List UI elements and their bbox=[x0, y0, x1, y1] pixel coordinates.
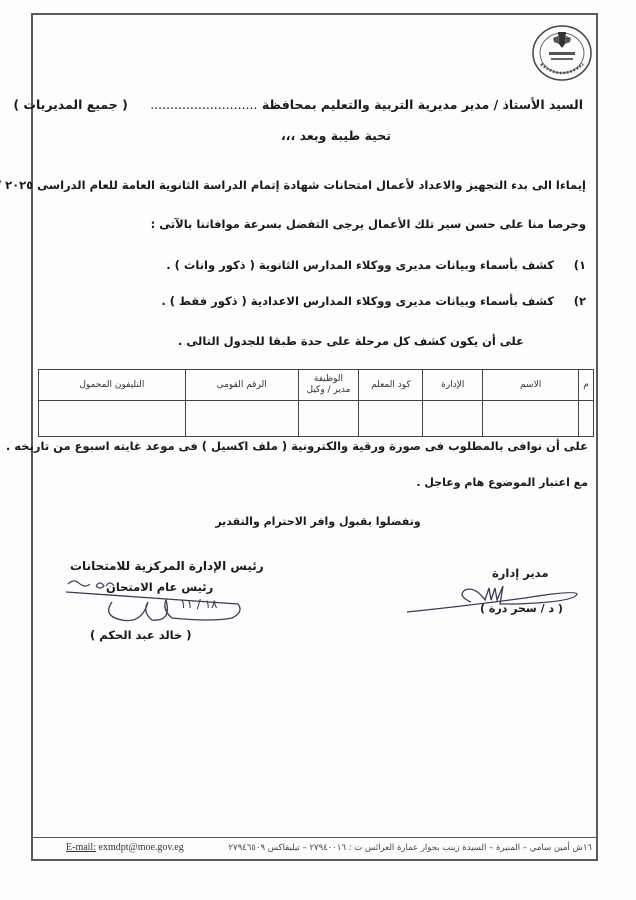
email-address[interactable]: exmdpt@moe.gov.eg bbox=[99, 842, 184, 853]
cell-national-id bbox=[185, 401, 298, 437]
paragraph-deadline: على أن نوافى بالمطلوب فى صورة ورقية والك… bbox=[6, 439, 588, 453]
right-signatory-title: مدير إدارة bbox=[492, 566, 548, 580]
table-row bbox=[39, 401, 594, 437]
addressee-title: السيد الأستاذ / مدير مديرية التربية والت… bbox=[262, 97, 583, 112]
left-signature-icon: ١٨ / ١١ bbox=[62, 572, 252, 632]
table-header-row: م الاسم الإدارة كود المعلم الوظيفة مدير … bbox=[39, 370, 594, 401]
right-signatory-name: ( د / سحر درة ) bbox=[480, 602, 563, 615]
svg-text:١٨ / ١١: ١٨ / ١١ bbox=[180, 597, 218, 611]
cell-teacher-code bbox=[359, 401, 423, 437]
paragraph-intro: إيماءا الى بدء التجهيز والاعداد لأعمال ا… bbox=[0, 178, 586, 192]
closing-line: وتفضلوا بقبول وافر الاحترام والتقدير bbox=[0, 515, 636, 528]
governorate-blank: ........................... bbox=[150, 97, 257, 112]
footer-divider bbox=[31, 837, 598, 838]
list-item-number: ١) bbox=[558, 258, 586, 272]
list-item-text: كشف بأسماء وبيانات مديرى ووكلاء المدارس … bbox=[166, 258, 554, 272]
left-signatory-title: رئيس الإدارة المركزية للامتحانات bbox=[70, 559, 264, 573]
cell-name bbox=[483, 401, 579, 437]
paragraph-table-note: على أن يكون كشف كل مرحلة على حدة طبقا لل… bbox=[178, 334, 524, 348]
list-item-number: ٢) bbox=[558, 294, 586, 308]
emblem-logo-icon bbox=[531, 22, 593, 84]
header-job-title: الوظيفة bbox=[300, 374, 358, 385]
header-serial: م bbox=[579, 370, 594, 401]
header-national-id: الرقم القومى bbox=[185, 370, 298, 401]
list-item-text: كشف بأسماء وبيانات مديرى ووكلاء المدارس … bbox=[161, 294, 554, 308]
header-job-subtitle: مدير / وكيل bbox=[300, 385, 358, 396]
email-label: E-mail: bbox=[66, 842, 96, 853]
header-teacher-code: كود المعلم bbox=[359, 370, 423, 401]
greeting: تحية طيبة وبعد ،،، bbox=[281, 128, 391, 143]
footer-address: ١٦ش أمين سامي – المنيرة – السيدة زينب بج… bbox=[228, 843, 592, 853]
cell-serial bbox=[579, 401, 594, 437]
addressee-line: السيد الأستاذ / مدير مديرية التربية والت… bbox=[13, 97, 583, 112]
paragraph-urgent: مع اعتبار الموضوع هام وعاجل . bbox=[416, 476, 588, 489]
header-job: الوظيفة مدير / وكيل bbox=[298, 370, 359, 401]
header-administration: الإدارة bbox=[423, 370, 483, 401]
list-item: ٢) كشف بأسماء وبيانات مديرى ووكلاء المدا… bbox=[161, 294, 586, 308]
left-signatory-name: ( خالد عبد الحكم ) bbox=[90, 628, 192, 642]
cell-mobile bbox=[39, 401, 186, 437]
list-item: ١) كشف بأسماء وبيانات مديرى ووكلاء المدا… bbox=[166, 258, 586, 272]
header-name: الاسم bbox=[483, 370, 579, 401]
footer-email: E-mail: exmdpt@moe.gov.eg bbox=[66, 842, 184, 853]
paragraph-request: وحرصا منا على حسن سير تلك الأعمال يرجى ا… bbox=[151, 217, 586, 231]
data-table: م الاسم الإدارة كود المعلم الوظيفة مدير … bbox=[38, 369, 594, 437]
cell-job bbox=[298, 401, 359, 437]
cell-administration bbox=[423, 401, 483, 437]
addressee-scope: ( جميع المديريات ) bbox=[13, 97, 128, 112]
header-mobile: التليفون المحمول bbox=[39, 370, 186, 401]
